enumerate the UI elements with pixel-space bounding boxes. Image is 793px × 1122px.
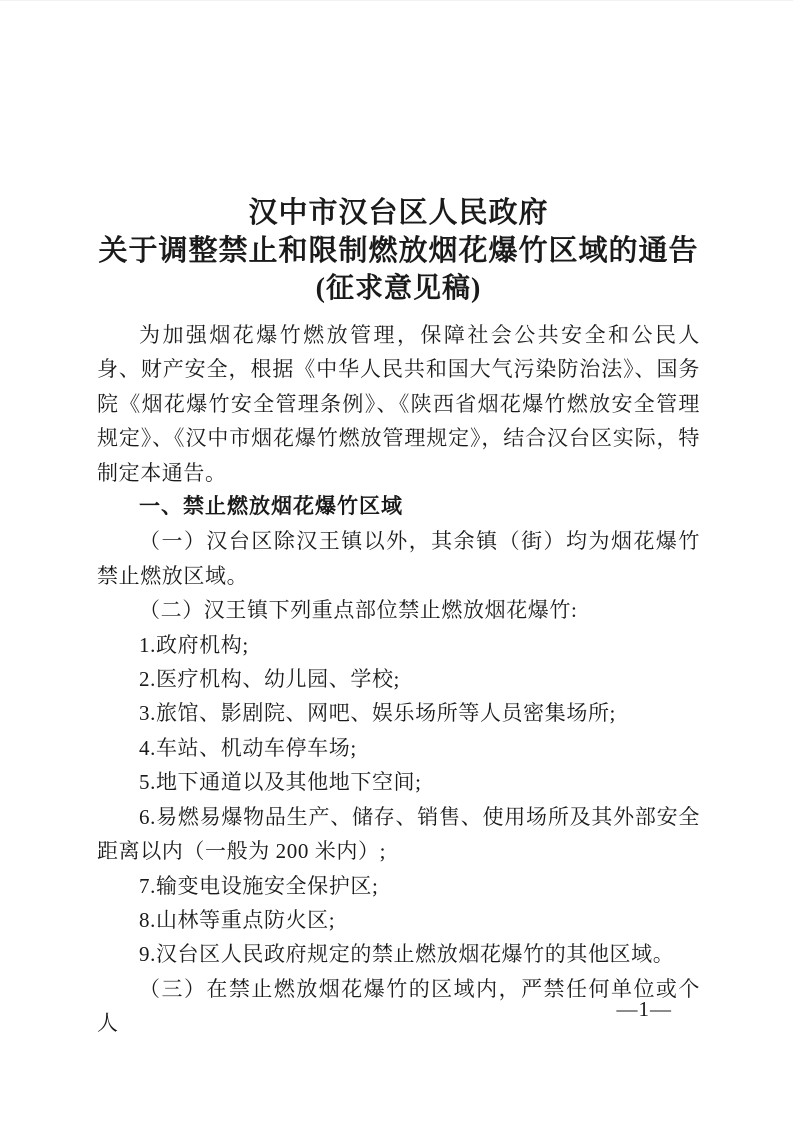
intro-paragraph: 为加强烟花爆竹燃放管理，保障社会公共安全和公民人身、财产安全，根据《中华人民共和… — [97, 318, 700, 490]
clause-3-paragraph: （三）在禁止燃放烟花爆竹的区域内，严禁任何单位或个人 — [97, 972, 700, 1041]
clause-1-paragraph: （一）汉台区除汉王镇以外，其余镇（街）均为烟花爆竹禁止燃放区域。 — [97, 524, 700, 593]
title-line-draft-note: (征求意见稿) — [97, 270, 700, 308]
list-item-3: 3.旅馆、影剧院、网吧、娱乐场所等人员密集场所; — [97, 696, 700, 730]
clause-2-paragraph: （二）汉王镇下列重点部位禁止燃放烟花爆竹: — [97, 593, 700, 627]
list-item-9: 9.汉台区人民政府规定的禁止燃放烟花爆竹的其他区域。 — [97, 937, 700, 971]
document-title: 汉中市汉台区人民政府 关于调整禁止和限制燃放烟花爆竹区域的通告 (征求意见稿) — [97, 194, 700, 308]
list-item-6: 6.易燃易爆物品生产、储存、销售、使用场所及其外部安全距离以内（一般为 200 … — [97, 800, 700, 869]
list-item-7: 7.输变电设施安全保护区; — [97, 869, 700, 903]
list-item-5: 5.地下通道以及其他地下空间; — [97, 765, 700, 799]
document-page: 汉中市汉台区人民政府 关于调整禁止和限制燃放烟花爆竹区域的通告 (征求意见稿) … — [0, 0, 793, 1122]
list-item-2: 2.医疗机构、幼儿园、学校; — [97, 662, 700, 696]
section-one-heading: 一、禁止燃放烟花爆竹区域 — [97, 490, 700, 524]
document-body: 为加强烟花爆竹燃放管理，保障社会公共安全和公民人身、财产安全，根据《中华人民共和… — [97, 318, 700, 1041]
list-item-4: 4.车站、机动车停车场; — [97, 731, 700, 765]
list-item-1: 1.政府机构; — [97, 628, 700, 662]
page-number: —1— — [617, 997, 673, 1022]
title-line-2: 关于调整禁止和限制燃放烟花爆竹区域的通告 — [97, 232, 700, 270]
list-item-8: 8.山林等重点防火区; — [97, 903, 700, 937]
title-line-1: 汉中市汉台区人民政府 — [97, 194, 700, 232]
